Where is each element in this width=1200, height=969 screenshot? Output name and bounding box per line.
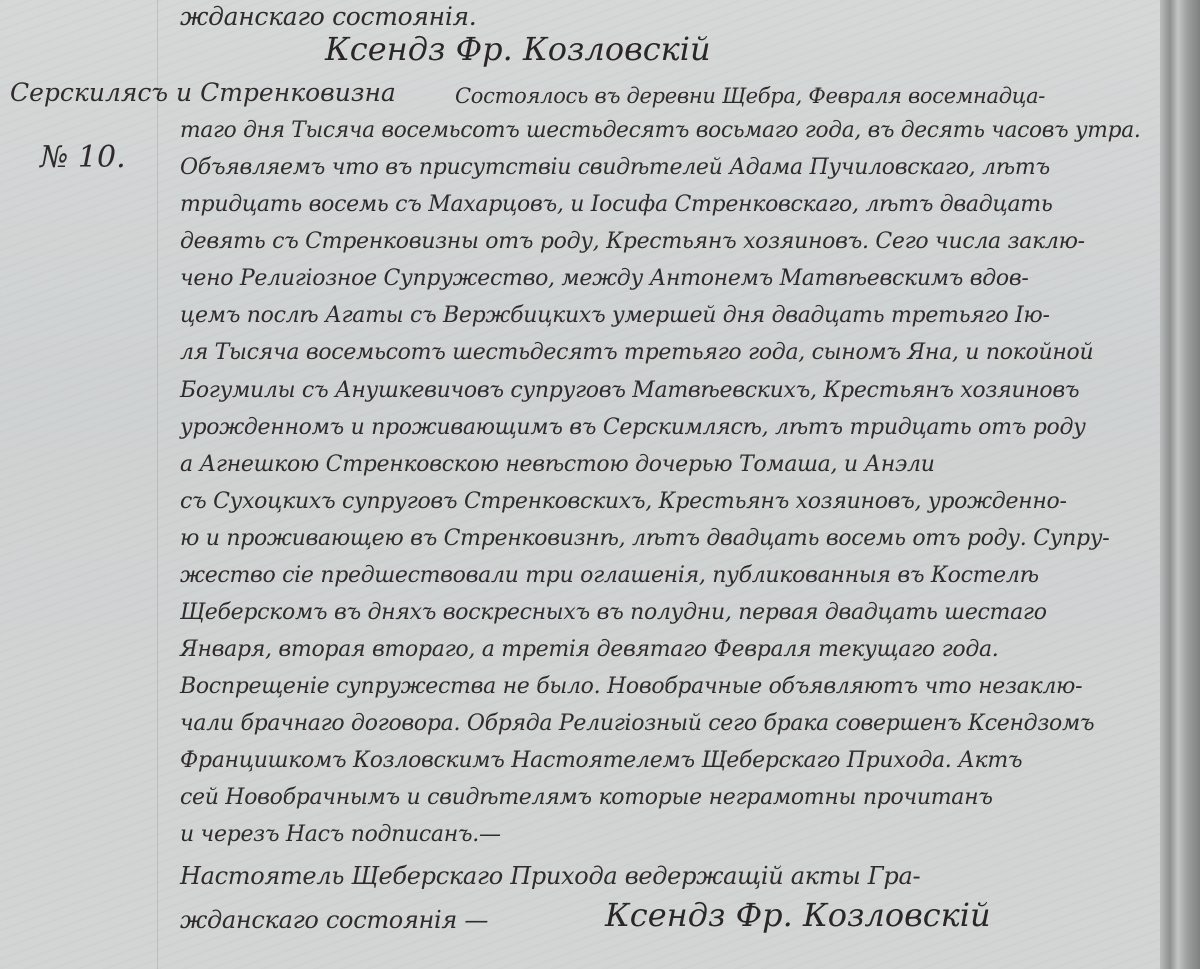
body-line-21: и черезъ Насъ подписанъ.—: [180, 822, 501, 847]
body-line-1: Состоялось въ деревни Щебра, Февраля вос…: [455, 84, 1045, 108]
body-line-12: съ Сухоцкихъ супруговъ Стренковскихъ, Кр…: [180, 489, 1067, 514]
header-signature: Ксендз Фр. Козловскій: [325, 30, 711, 68]
body-line-6: чено Религіозное Супружество, между Анто…: [180, 266, 1028, 291]
body-line-19: Францишкомъ Козловскимъ Настоятелемъ Щеб…: [180, 748, 1022, 773]
body-line-4: тридцать восемь съ Махарцовъ, и Іосифа С…: [180, 192, 1053, 217]
manuscript-page: жданскаго состоянія. Ксендз Фр. Козловск…: [0, 0, 1160, 969]
header-tail-line: жданскаго состоянія.: [180, 2, 476, 31]
body-line-23: жданскаго состоянія —: [180, 906, 488, 934]
body-line-10: урожденномъ и проживающимъ въ Серскимляс…: [180, 415, 1086, 440]
body-line-22: Настоятель Щеберскаго Прихода ведержащій…: [180, 862, 920, 890]
body-line-14: жество сіе предшествовали три оглашенія,…: [180, 563, 1039, 588]
body-line-7: цемъ послѣ Агаты съ Вержбицкихъ умершей …: [180, 303, 1050, 328]
body-line-15: Щеберскомъ въ дняхъ воскресныхъ въ полуд…: [180, 600, 1047, 625]
body-line-17: Воспрещеніе супружества не было. Новобра…: [180, 674, 1082, 699]
body-line-8: ля Тысяча восемьсотъ шестьдесятъ третьяг…: [180, 340, 1093, 365]
margin-rule: [157, 0, 158, 969]
body-line-16: Января, вторая втораго, а третія девятаг…: [180, 637, 999, 662]
closing-signature: Ксендз Фр. Козловскій: [605, 896, 991, 934]
body-line-20: сей Новобрачнымъ и свидѣтелямъ которые н…: [180, 785, 993, 810]
body-line-9: Богумилы съ Анушкевичовъ супруговъ Матвѣ…: [180, 378, 1079, 403]
body-line-13: ю и проживающею въ Стренковизнѣ, лѣтъ дв…: [180, 526, 1109, 551]
book-binding-edge: [1160, 0, 1200, 969]
body-line-2: таго дня Тысяча восемьсотъ шестьдесятъ в…: [180, 118, 1140, 143]
body-line-3: Объявляемъ что въ присутствіи свидѣтелей…: [180, 155, 1050, 180]
body-line-18: чали брачнаго договора. Обряда Религіозн…: [180, 711, 1094, 736]
body-line-11: а Агнешкою Стренковскою невѣстою дочерью…: [180, 452, 935, 477]
body-line-5: девять съ Стренковизны отъ роду, Крестья…: [180, 229, 1085, 254]
act-number: № 10.: [40, 140, 126, 175]
margin-place-name: Серскилясъ и Стренковизна: [10, 78, 396, 107]
